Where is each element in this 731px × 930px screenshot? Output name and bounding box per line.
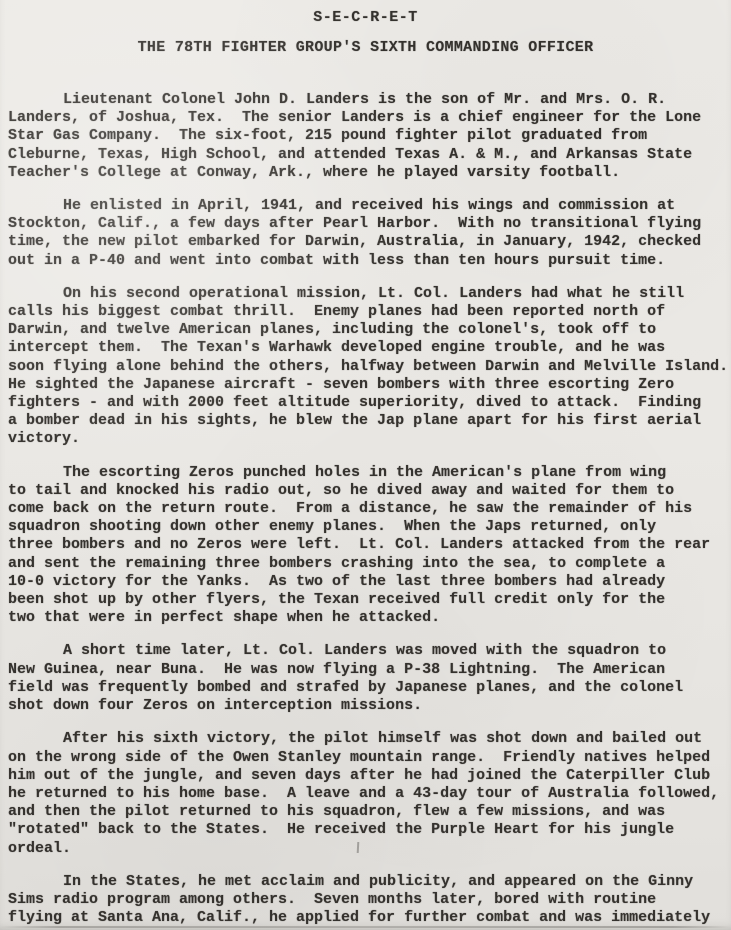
document-page: S-E-C-R-E-T THE 78TH FIGHTER GROUP'S SIX…: [0, 0, 731, 930]
paragraph-5: A short time later, Lt. Col. Landers was…: [8, 642, 731, 715]
paragraph-2: He enlisted in April, 1941, and received…: [8, 197, 731, 270]
paragraph-7: In the States, he met acclaim and public…: [8, 873, 731, 928]
document-title: THE 78TH FIGHTER GROUP'S SIXTH COMMANDIN…: [0, 39, 731, 57]
classification-marking: S-E-C-R-E-T: [0, 0, 731, 27]
scan-edge-artifact: [0, 926, 731, 928]
document-body: Lieutenant Colonel John D. Landers is th…: [8, 91, 731, 927]
paragraph-1: Lieutenant Colonel John D. Landers is th…: [8, 91, 731, 182]
paragraph-4: The escorting Zeros punched holes in the…: [8, 464, 731, 628]
paragraph-6: After his sixth victory, the pilot himse…: [8, 730, 731, 857]
paragraph-3: On his second operational mission, Lt. C…: [8, 285, 731, 449]
